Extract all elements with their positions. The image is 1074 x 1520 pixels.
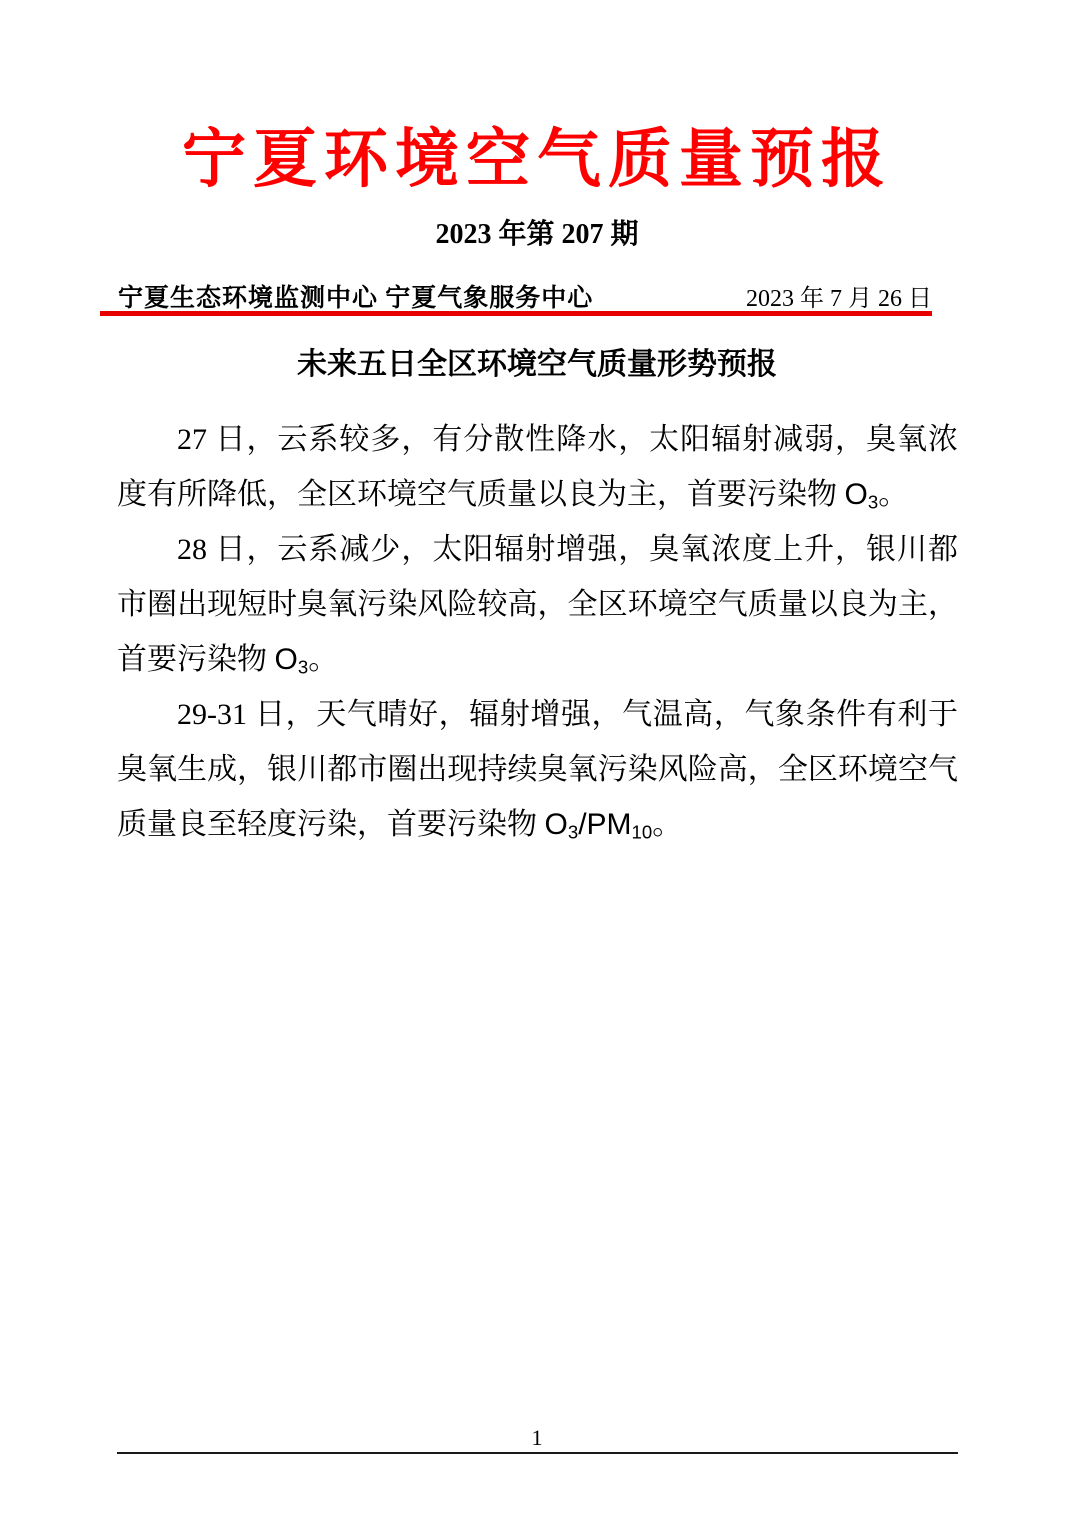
issue-date: 2023 年 7 月 26 日 [746,278,932,313]
footer-rule [117,1452,958,1454]
issue-number: 2023 年第 207 期 [0,213,1074,257]
page-number: 1 [0,1424,1074,1452]
issuer-names: 宁夏生态环境监测中心 宁夏气象服务中心 [118,278,593,314]
issuer-row: 宁夏生态环境监测中心 宁夏气象服务中心 2023 年 7 月 26 日 [118,278,932,314]
red-divider-rule [100,311,932,316]
body-paragraphs: 27 日，云系较多，有分散性降水，太阳辐射减弱，臭氧浓度有所降低，全区环境空气质… [117,412,958,852]
paragraph: 28 日，云系减少，太阳辐射增强，臭氧浓度上升，银川都市圈出现短时臭氧污染风险较… [117,522,958,687]
paragraph: 27 日，云系较多，有分散性降水，太阳辐射减弱，臭氧浓度有所降低，全区环境空气质… [117,412,958,522]
document-title: 宁夏环境空气质量预报 [0,118,1074,202]
section-title: 未来五日全区环境空气质量形势预报 [0,340,1074,390]
paragraph: 29-31 日，天气晴好，辐射增强，气温高，气象条件有利于臭氧生成，银川都市圈出… [117,687,958,852]
document-page: 宁夏环境空气质量预报 2023 年第 207 期 宁夏生态环境监测中心 宁夏气象… [0,0,1074,1520]
